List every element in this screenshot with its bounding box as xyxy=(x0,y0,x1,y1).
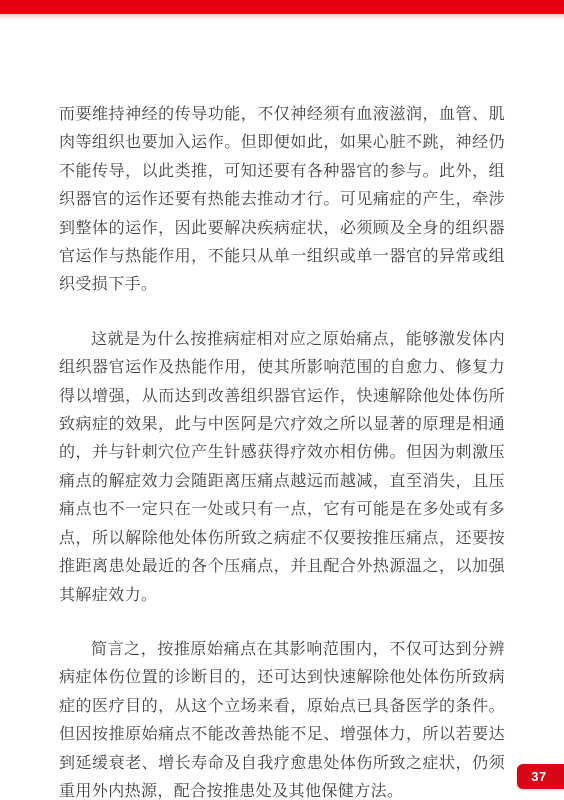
body-text: 而要维持神经的传导功能，不仅神经须有血液滋润，血管、肌肉等组织也要加入运作。但即… xyxy=(59,0,505,800)
page-number-badge: 37 xyxy=(517,764,564,789)
book-page: 而要维持神经的传导功能，不仅神经须有血液滋润，血管、肌肉等组织也要加入运作。但即… xyxy=(0,0,564,800)
paragraph-1: 而要维持神经的传导功能，不仅神经须有血液滋润，血管、肌肉等组织也要加入运作。但即… xyxy=(59,101,505,300)
page-number: 37 xyxy=(531,769,549,784)
paragraph-3: 简言之，按推原始痛点在其影响范围内，不仅可达到分辨病症体伤位置的诊断目的，还可达… xyxy=(59,636,505,800)
paragraph-2: 这就是为什么按推病症相对应之原始痛点，能够激发体内组织器官运作及热能作用，使其所… xyxy=(59,326,505,610)
